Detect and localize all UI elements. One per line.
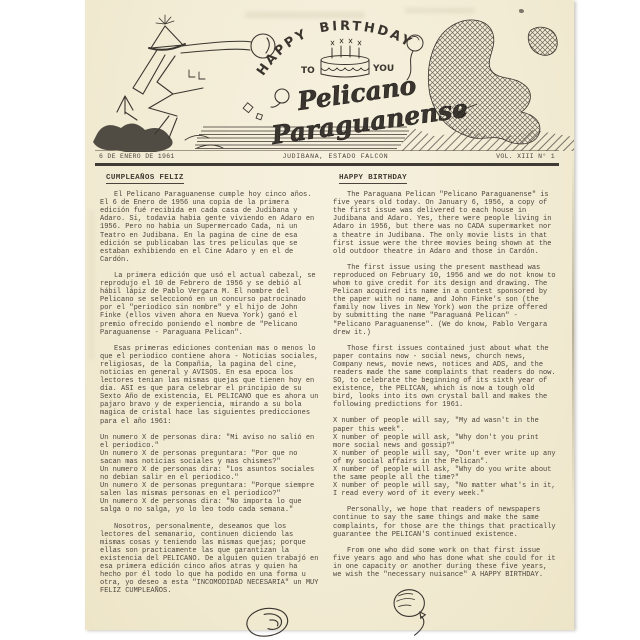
paragraph: The Paraguana Pelican "Pelicano Paraguan… <box>333 191 558 256</box>
prediction-line: Un numero X de personas dira: "Mi aviso … <box>100 434 319 450</box>
prediction-line: Un numero X de personas dira: "Los asunt… <box>100 466 319 482</box>
paragraph: El Pelicano Paraguanense cumple hoy cinc… <box>100 191 319 264</box>
prediction-line: X number of people will ask, "Why don't … <box>333 434 558 450</box>
predictions-list: Un numero X de personas dira: "Mi aviso … <box>100 434 319 515</box>
article-heading-spanish: CUMPLEAÑOS FELIZ <box>106 174 184 184</box>
confetti-icon <box>256 113 262 119</box>
starburst-icon <box>156 15 174 24</box>
you-label: YOU <box>372 64 394 74</box>
paragraph: Those first issues contained just about … <box>333 345 558 410</box>
dateline: 6 DE ENERO DE 1961 JUDIBANA, ESTADO FALC… <box>95 150 559 166</box>
article-column-english: HAPPY BIRTHDAY The Paraguana Pelican "Pe… <box>333 174 558 637</box>
dateline-location: JUDIBANA, ESTADO FALCON <box>282 153 388 160</box>
paragraph: The first issue using the present masthe… <box>333 264 558 337</box>
prediction-line: X number of people will say, "No matter … <box>333 482 558 498</box>
page-edge-shadow <box>572 150 574 510</box>
pelican-sketch <box>93 15 289 152</box>
confetti-icon <box>243 103 253 113</box>
paragraph: From one who did some work on that first… <box>333 547 558 579</box>
prediction-line: X number of people will ask, "Why do you… <box>333 466 558 482</box>
scan-background: { "masthead": { "arc_text": "HAPPY BIRTH… <box>0 0 640 640</box>
prediction-line: Un numero X de personas preguntara: "Por… <box>100 450 319 466</box>
prediction-line: X number of people will say, "Don't ever… <box>333 450 558 466</box>
balloon-doodle <box>385 587 437 637</box>
newsletter-page: HAPPY BIRTHDAY TO YOU Pelicano Paraguane… <box>85 0 574 630</box>
article-column-spanish: CUMPLEAÑOS FELIZ El Pelicano Paraguanens… <box>100 174 319 640</box>
to-label: TO <box>301 66 315 76</box>
egg-doodle <box>238 603 296 640</box>
masthead-illustration: HAPPY BIRTHDAY TO YOU Pelicano Paraguane… <box>85 0 574 152</box>
prediction-line: Un numero X de personas preguntara: "Por… <box>100 482 319 498</box>
predictions-list: X number of people will say, "My ad wasn… <box>333 417 558 498</box>
small-balloon-icon <box>275 89 289 103</box>
prediction-line: Un numero X de personas dira: "No import… <box>100 498 319 514</box>
birthday-cake-icon <box>321 39 369 77</box>
paragraph: La primera edición que usó el actual cab… <box>100 272 319 337</box>
prediction-line: X number of people will say, "My ad wasn… <box>333 417 558 433</box>
rock-shadow <box>93 123 173 152</box>
party-hat-icon <box>151 26 183 48</box>
article-heading-english: HAPPY BIRTHDAY <box>339 174 407 184</box>
dateline-date: 6 DE ENERO DE 1961 <box>99 153 175 160</box>
dateline-volume: VOL. XIII N° 1 <box>496 153 555 160</box>
paragraph: Nosotros, personalmente, deseamos que lo… <box>100 523 319 596</box>
showthrough-smudge <box>89 210 94 360</box>
paragraph: Personally, we hope that readers of news… <box>333 506 558 538</box>
paragraph: Esas primeras ediciones contenian mas o … <box>100 345 319 426</box>
